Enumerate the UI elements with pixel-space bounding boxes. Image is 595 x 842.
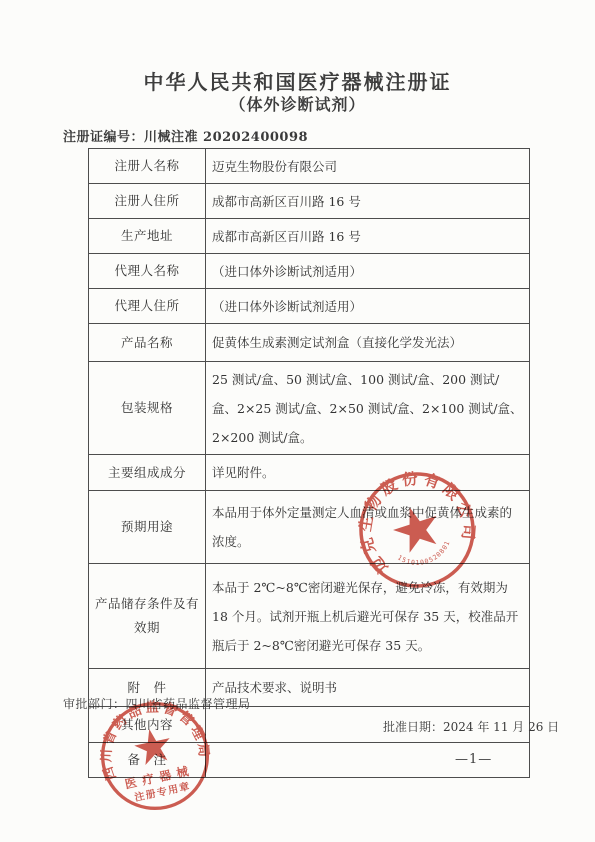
approval-department-line: 审批部门：四川省药品监督管理局: [63, 695, 251, 712]
row-label: 包装规格: [89, 362, 206, 455]
approval-date: 2024 年 11 月 26 日: [443, 720, 559, 734]
table-row: 主要组成成分 详见附件。: [89, 455, 530, 491]
row-value: 本品于 2℃~8℃密闭避光保存，避免冷冻，有效期为 18 个月。试剂开瓶上机后避…: [206, 564, 530, 669]
table-row: 预期用途 本品用于体外定量测定人血清或血浆中促黄体生成素的浓度。: [89, 491, 530, 564]
row-value: 促黄体生成素测定试剂盒（直接化学发光法）: [206, 324, 530, 362]
row-value: 成都市高新区百川路 16 号: [206, 219, 530, 254]
row-label: 注册人住所: [89, 184, 206, 219]
table-row: 代理人名称 （进口体外诊断试剂适用）: [89, 254, 530, 289]
certificate-number-label: 注册证编号：: [63, 130, 144, 145]
page-title: 中华人民共和国医疗器械注册证: [0, 66, 595, 95]
certificate-number: 川械注准 20202400098: [144, 130, 308, 145]
table-row: 生产地址 成都市高新区百川路 16 号: [89, 219, 530, 254]
row-label: 备 注: [89, 743, 206, 778]
approval-date-label: 批准日期：: [383, 720, 443, 734]
row-label: 产品名称: [89, 324, 206, 362]
row-value: 本品用于体外定量测定人血清或血浆中促黄体生成素的浓度。: [206, 491, 530, 564]
certificate-number-line: 注册证编号：川械注准 20202400098: [63, 126, 308, 145]
row-value: 25 测试/盒、50 测试/盒、100 测试/盒、200 测试/盒、2×25 测…: [206, 362, 530, 455]
row-value: 迈克生物股份有限公司: [206, 149, 530, 184]
row-label: 生产地址: [89, 219, 206, 254]
table-row: 产品名称 促黄体生成素测定试剂盒（直接化学发光法）: [89, 324, 530, 362]
table-row: 注册人住所 成都市高新区百川路 16 号: [89, 184, 530, 219]
row-value: 详见附件。: [206, 455, 530, 491]
row-value: 产品技术要求、说明书: [206, 669, 530, 707]
row-label: 代理人名称: [89, 254, 206, 289]
approval-date-line: 批准日期：2024 年 11 月 26 日: [383, 718, 559, 735]
row-label: 注册人名称: [89, 149, 206, 184]
row-label: 产品储存条件及有效期: [89, 564, 206, 669]
approval-department-label: 审批部门：: [63, 697, 126, 711]
row-value: 成都市高新区百川路 16 号: [206, 184, 530, 219]
approval-department: 四川省药品监督管理局: [126, 697, 251, 711]
row-label: 代理人住所: [89, 289, 206, 324]
row-label: 预期用途: [89, 491, 206, 564]
page-number: —1—: [455, 752, 492, 767]
page-subtitle: （体外诊断试剂）: [0, 92, 595, 115]
row-value: （进口体外诊断试剂适用）: [206, 289, 530, 324]
registration-table: 注册人名称 迈克生物股份有限公司 注册人住所 成都市高新区百川路 16 号 生产…: [88, 148, 530, 778]
certificate-document: 中华人民共和国医疗器械注册证 （体外诊断试剂） 注册证编号：川械注准 20202…: [0, 0, 595, 842]
table-row: 代理人住所 （进口体外诊断试剂适用）: [89, 289, 530, 324]
table-row: 包装规格 25 测试/盒、50 测试/盒、100 测试/盒、200 测试/盒、2…: [89, 362, 530, 455]
row-label: 主要组成成分: [89, 455, 206, 491]
authority-seal-line2: 注册专用章: [133, 779, 192, 804]
row-value: （进口体外诊断试剂适用）: [206, 254, 530, 289]
table-row: 产品储存条件及有效期 本品于 2℃~8℃密闭避光保存，避免冷冻，有效期为 18 …: [89, 564, 530, 669]
table-row: 注册人名称 迈克生物股份有限公司: [89, 149, 530, 184]
